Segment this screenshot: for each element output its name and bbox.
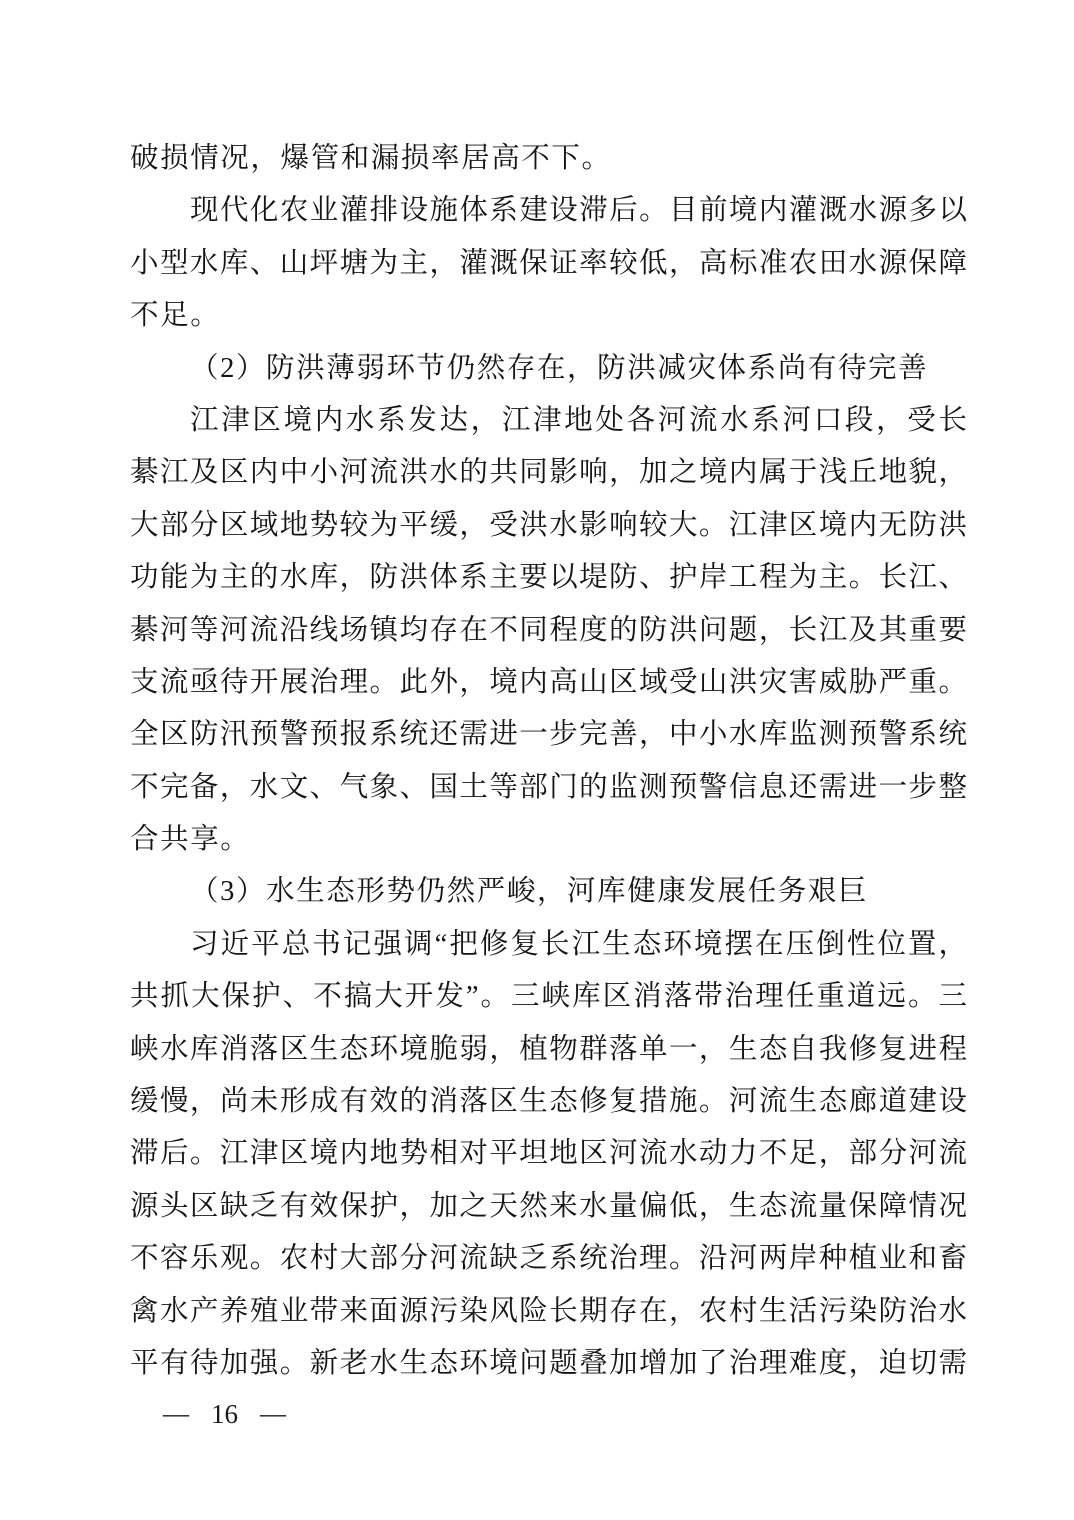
document-page: 破损情况，爆管和漏损率居高不下。现代化农业灌排设施体系建设滞后。目前境内灌溉水源…: [0, 0, 1074, 1520]
heading-line: （2）防洪薄弱环节仍然存在，防洪减灾体系尚有待完善: [130, 343, 968, 395]
document-body: 破损情况，爆管和漏损率居高不下。现代化农业灌排设施体系建设滞后。目前境内灌溉水源…: [130, 133, 968, 1390]
text-line: 缓慢，尚未形成有效的消落区生态修复措施。河流生态廊道建设: [130, 1076, 968, 1128]
text-line: 峡水库消落区生态环境脆弱，植物群落单一，生态自我修复进程: [130, 1024, 968, 1076]
text-line: 合共享。: [130, 814, 968, 866]
text-line: 綦河等河流沿线场镇均存在不同程度的防洪问题，长江及其重要: [130, 605, 968, 657]
text-line: 滞后。江津区境内地势相对平坦地区河流水动力不足，部分河流: [130, 1128, 968, 1180]
text-line: 现代化农业灌排设施体系建设滞后。目前境内灌溉水源多以: [130, 185, 968, 237]
heading-line: （3）水生态形势仍然严峻，河库健康发展任务艰巨: [130, 866, 968, 918]
text-line: 全区防汛预警预报系统还需进一步完善，中小水库监测预警系统: [130, 709, 968, 761]
text-line: 源头区缺乏有效保护，加之天然来水量偏低，生态流量保障情况: [130, 1181, 968, 1233]
page-footer: — 16 —: [163, 1396, 286, 1432]
text-line: 綦江及区内中小河流洪水的共同影响，加之境内属于浅丘地貌，: [130, 447, 968, 499]
text-line: 平有待加强。新老水生态环境问题叠加增加了治理难度，迫切需: [130, 1338, 968, 1390]
text-line: 禽水产养殖业带来面源污染风险长期存在，农村生活污染防治水: [130, 1286, 968, 1338]
text-line: 习近平总书记强调“把修复长江生态环境摆在压倒性位置，: [130, 919, 968, 971]
text-line: 不足。: [130, 290, 968, 342]
text-line: 共抓大保护、不搞大开发”。三峡库区消落带治理任重道远。三: [130, 971, 968, 1023]
text-line: 功能为主的水库，防洪体系主要以堤防、护岸工程为主。长江、: [130, 552, 968, 604]
text-line: 支流亟待开展治理。此外，境内高山区域受山洪灾害威胁严重。: [130, 657, 968, 709]
text-line: 不完备，水文、气象、国土等部门的监测预警信息还需进一步整: [130, 762, 968, 814]
text-line: 江津区境内水系发达，江津地处各河流水系河口段，受长江、: [130, 395, 968, 447]
text-line: 不容乐观。农村大部分河流缺乏系统治理。沿河两岸种植业和畜: [130, 1233, 968, 1285]
text-line: 小型水库、山坪塘为主，灌溉保证率较低，高标准农田水源保障: [130, 238, 968, 290]
text-line: 破损情况，爆管和漏损率居高不下。: [130, 133, 968, 185]
footer-right-dash: —: [260, 1396, 286, 1432]
text-line: 大部分区域地势较为平缓，受洪水影响较大。江津区境内无防洪: [130, 500, 968, 552]
footer-left-dash: —: [163, 1396, 189, 1432]
footer-page-number: 16: [211, 1396, 238, 1432]
